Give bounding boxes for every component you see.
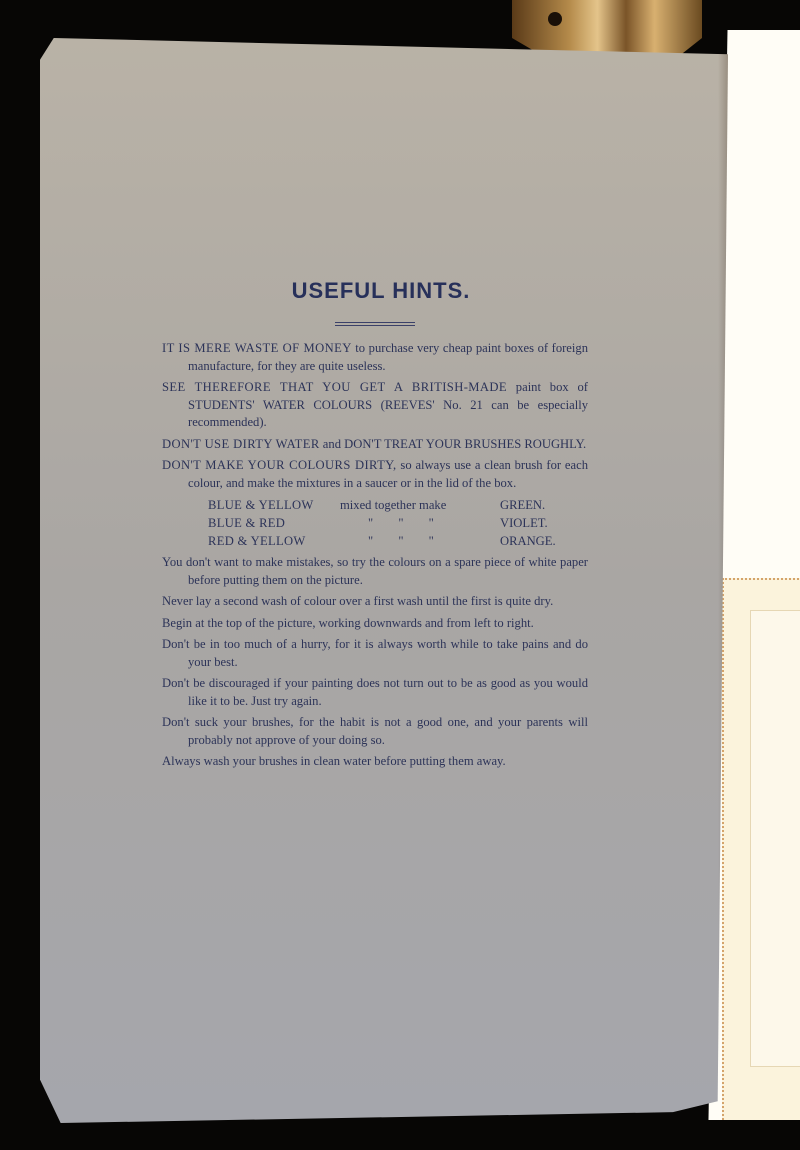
hint-item: Always wash your brushes in clean water … xyxy=(162,753,588,771)
hint-item: Begin at the top of the picture, working… xyxy=(162,615,588,633)
hint-item: Never lay a second wash of colour over a… xyxy=(162,593,588,611)
hint-item: Don't suck your brushes, for the habit i… xyxy=(162,714,588,749)
hint-item: Don't be in too much of a hurry, for it … xyxy=(162,636,588,671)
mix-ditto: " " " xyxy=(340,514,500,532)
hint-lead: SEE THEREFORE THAT YOU GET A BRITISH-MAD… xyxy=(162,380,507,394)
facing-page-illustration xyxy=(750,610,800,1067)
page-content: USEFUL HINTS. IT IS MERE WASTE OF MONEY … xyxy=(162,278,588,775)
hint-lead: IT IS MERE WASTE OF MONEY xyxy=(162,341,352,355)
mix-colours: RED & YELLOW xyxy=(208,532,340,550)
mix-ditto: " " " xyxy=(340,532,500,550)
hint-item: DON'T MAKE YOUR COLOURS DIRTY, so always… xyxy=(162,457,588,492)
hint-item: IT IS MERE WASTE OF MONEY to purchase ve… xyxy=(162,340,588,375)
mix-colours: BLUE & YELLOW xyxy=(208,496,340,514)
hint-item: DON'T USE DIRTY WATER and DON'T TREAT YO… xyxy=(162,436,588,454)
mix-middle: mixed together make xyxy=(340,496,500,514)
page-title: USEFUL HINTS. xyxy=(162,278,588,304)
hint-lead: DON'T MAKE YOUR COLOURS DIRTY, xyxy=(162,458,397,472)
hint-lead: DON'T USE DIRTY WATER xyxy=(162,437,320,451)
mixing-row: BLUE & YELLOW mixed together make GREEN. xyxy=(208,496,588,514)
mix-result: ORANGE. xyxy=(500,532,556,550)
mix-colours: BLUE & RED xyxy=(208,514,340,532)
hint-item: You don't want to make mistakes, so try … xyxy=(162,554,588,589)
clip-screw-hole xyxy=(548,12,562,26)
mix-result: GREEN. xyxy=(500,496,545,514)
hint-item: Don't be discouraged if your painting do… xyxy=(162,675,588,710)
title-double-rule xyxy=(335,322,415,326)
mixing-row: BLUE & RED " " " VIOLET. xyxy=(208,514,588,532)
mixing-row: RED & YELLOW " " " ORANGE. xyxy=(208,532,588,550)
hint-text: and DON'T TREAT YOUR BRUSHES ROUGHLY. xyxy=(320,437,587,451)
hint-item: SEE THEREFORE THAT YOU GET A BRITISH-MAD… xyxy=(162,379,588,432)
colour-mixing-table: BLUE & YELLOW mixed together make GREEN.… xyxy=(208,496,588,550)
mix-result: VIOLET. xyxy=(500,514,548,532)
